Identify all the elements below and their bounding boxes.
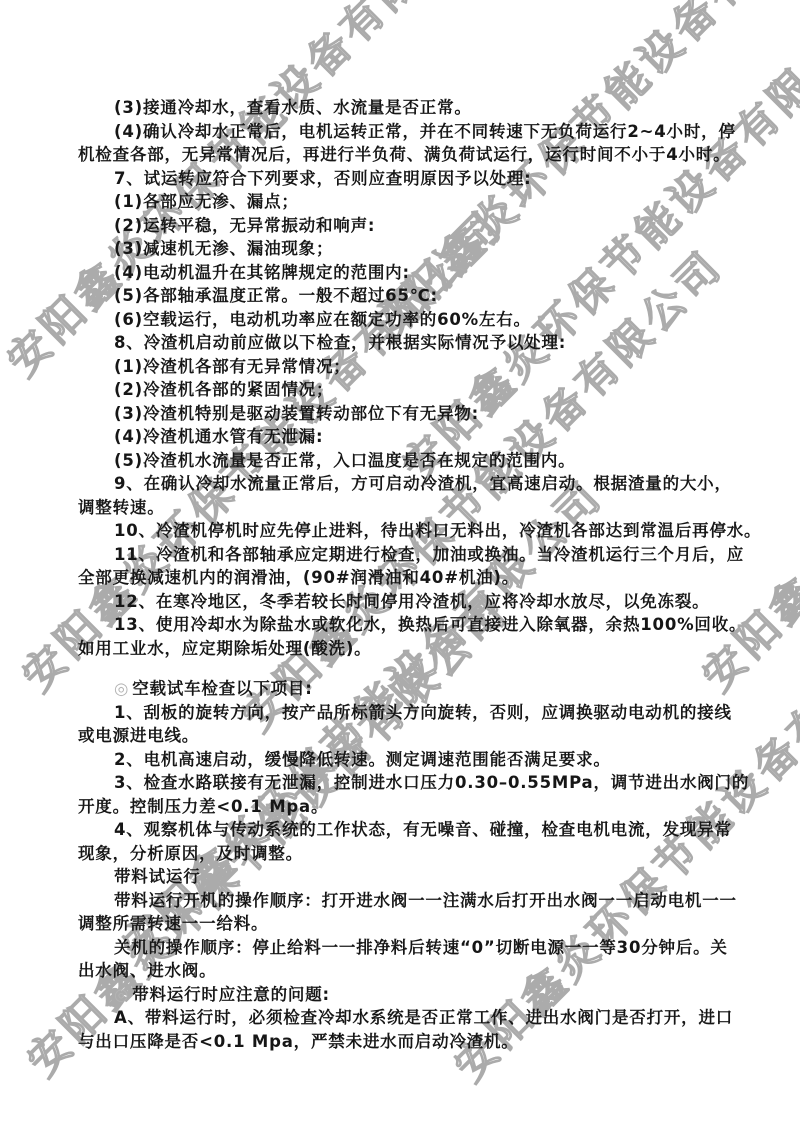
text-line: (3)减速机无渗、漏油现象； — [78, 237, 727, 261]
text-line: 机检查各部，无异常情况后，再进行半负荷、满负荷试运行，运行时间不小于4小时。 — [78, 143, 727, 167]
text-line: (1)各部应无渗、漏点； — [78, 190, 727, 214]
text-line: 或电源进电线。 — [78, 724, 727, 748]
section-heading-text: 带料运行时应注意的问题: — [132, 985, 330, 1004]
text-line: (3)接通冷却水，查看水质、水流量是否正常。 — [78, 96, 727, 120]
text-line: (2)冷渣机各部的紧固情况； — [78, 378, 727, 402]
text-line: (4)确认冷却水正常后，电机运转正常，并在不同转速下无负荷运行2~4小时，停 — [78, 120, 727, 144]
text-line: 13、使用冷却水为除盐水或软化水，换热后可直接进入除氧器，余热100%回收。 — [78, 613, 727, 637]
text-line: 关机的操作顺序：停止给料一一排净料后转速“0”切断电源一一等30分钟后。关 — [78, 936, 727, 960]
text-line: 带料运行开机的操作顺序：打开进水阀一一注满水后打开出水阀一一启动电机一一 — [78, 889, 727, 913]
section-heading: ◎带料运行时应注意的问题: — [78, 983, 727, 1007]
text-line: 4、观察机体与传动系统的工作状态，有无噪音、碰撞，检查电机电流，发现异常 — [78, 818, 727, 842]
text-line: (5)各部轴承温度正常。一般不超过65℃: — [78, 284, 727, 308]
text-line: 11、冷渣机和各部轴承应定期进行检查，加油或换油。当冷渣机运行三个月后，应 — [78, 543, 727, 567]
circle-bullet-icon: ◎ — [114, 679, 129, 698]
text-line: 出水阀、进水阀。 — [78, 959, 727, 983]
document-page: 安阳鑫炎环保节能设备有限公司 安阳鑫炎环保节能设备有限公司 安阳鑫炎环保节能设备… — [0, 0, 800, 1138]
text-line: 调整所需转速一一给料。 — [78, 912, 727, 936]
text-line: 9、在确认冷却水流量正常后，方可启动冷渣机，宜高速启动。根据渣量的大小， — [78, 472, 727, 496]
text-line: 1、刮板的旋转方向，按产品所标箭头方向旋转，否则，应调换驱动电动机的接线 — [78, 701, 727, 725]
text-line: 8、冷渣机启动前应做以下检查，并根据实际情况予以处理: — [78, 331, 727, 355]
document-text-block: (3)接通冷却水，查看水质、水流量是否正常。 (4)确认冷却水正常后，电机运转正… — [78, 96, 727, 1053]
text-line: (2)运转平稳，无异常振动和响声: — [78, 214, 727, 238]
section-gap — [78, 660, 727, 677]
text-line: A、带料运行时，必须检查冷却水系统是否正常工作、进出水阀门是否打开，进口 — [78, 1006, 727, 1030]
text-line: (4)冷渣机通水管有无泄漏: — [78, 425, 727, 449]
text-line: 与出口压降是否<0.1 Mpa，严禁未进水而启动冷渣机。 — [78, 1030, 727, 1054]
circle-bullet-icon: ◎ — [114, 985, 129, 1004]
text-line: 调整转速。 — [78, 496, 727, 520]
text-line: 现象，分析原因，及时调整。 — [78, 842, 727, 866]
text-line: 12、在寒冷地区，冬季若较长时间停用冷渣机，应将冷却水放尽，以免冻裂。 — [78, 590, 727, 614]
section-heading: ◎空载试车检查以下项目: — [78, 677, 727, 701]
text-line: (4)电动机温升在其铭牌规定的范围内: — [78, 261, 727, 285]
text-line: 开度。控制压力差<0.1 Mpa。 — [78, 795, 727, 819]
text-line: 如用工业水，应定期除垢处理(酸洗)。 — [78, 637, 727, 661]
section-heading: 带料试运行 — [78, 865, 727, 889]
text-line: 10、冷渣机停机时应先停止进料，待出料口无料出，冷渣机各部达到常温后再停水。 — [78, 519, 727, 543]
text-line: 3、检查水路联接有无泄漏，控制进水口压力0.30–0.55MPa，调节进出水阀门… — [78, 771, 727, 795]
text-line: 全部更换减速机内的润滑油，(90#润滑油和40#机油)。 — [78, 566, 727, 590]
text-line: 2、电机高速启动，缓慢降低转速。测定调速范围能否满足要求。 — [78, 748, 727, 772]
text-line: 7、试运转应符合下列要求，否则应查明原因予以处理: — [78, 167, 727, 191]
text-line: (1)冷渣机各部有无异常情况； — [78, 355, 727, 379]
text-line: (3)冷渣机特别是驱动装置转动部位下有无异物: — [78, 402, 727, 426]
text-line: (6)空载运行，电动机功率应在额定功率的60%左右。 — [78, 308, 727, 332]
section-heading-text: 空载试车检查以下项目: — [132, 679, 312, 698]
text-line: (5)冷渣机水流量是否正常，入口温度是否在规定的范围内。 — [78, 449, 727, 473]
